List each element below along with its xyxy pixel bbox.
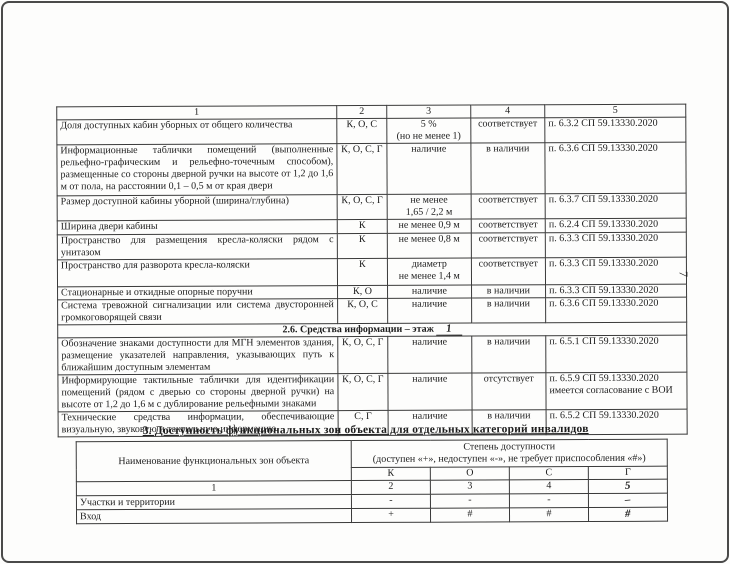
degree-cell: - (509, 494, 588, 508)
basis-cell: п. 6.3.3 СП 59.13330.2020 (545, 232, 686, 258)
category-cell: К (337, 258, 387, 285)
category-header: Г (588, 466, 667, 479)
category-cell: К, О, С (337, 298, 387, 323)
requirement-name: Информационные таблички помещений (выпол… (57, 144, 337, 196)
fact-cell: соответствует (471, 233, 546, 258)
basis-cell: п. 6.3.6 СП 59.13330.2020 (545, 142, 686, 194)
norm-cell: наличие (388, 298, 472, 323)
col-number: 1 (76, 481, 351, 496)
col-number: 5 (588, 479, 667, 493)
fact-cell: в наличии (471, 336, 546, 373)
norm-cell: не менее 0,8 м (387, 233, 471, 258)
col-number: 4 (470, 105, 545, 118)
table-row: Размер доступной кабины уборной (ширина/… (57, 193, 686, 221)
zones-column-header: Наименование функциональных зон объекта (76, 441, 351, 482)
floor-number-blank: 1 (436, 324, 462, 336)
header-row: Наименование функциональных зон объекта … (76, 439, 667, 469)
table-row: Обозначение знаками доступности для МГН … (58, 335, 687, 375)
category-header: С (509, 467, 588, 480)
degree-header-line2: (доступен «+», недоступен «-», не требуе… (354, 453, 665, 466)
zone-name: Вход (76, 509, 351, 524)
category-cell: К, О, С, Г (338, 373, 388, 410)
category-cell: К, О (337, 285, 387, 298)
basis-cell: п. 6.3.6 СП 59.13330.2020 (546, 297, 687, 323)
col-number: 5 (545, 104, 686, 118)
fact-cell: соответствует (470, 118, 545, 143)
col-number: 4 (509, 480, 588, 494)
degree-cell: # (509, 508, 588, 522)
accessibility-requirements-table: 1 2 3 4 5 Доля доступных кабин уборных о… (56, 104, 687, 438)
norm-cell: наличие (388, 285, 472, 298)
requirement-name: Обозначение знаками доступности для МГН … (58, 337, 338, 375)
handwritten-number: 5 (625, 480, 631, 492)
category-cell: К, О, С, Г (338, 336, 388, 373)
norm-cell: наличие (388, 373, 472, 410)
functional-zones-table: Наименование функциональных зон объекта … (76, 439, 668, 525)
fact-cell: в наличии (471, 298, 546, 323)
degree-cell: – (588, 493, 667, 507)
basis-cell: п. 6.3.7 СП 59.13330.2020 (545, 193, 686, 219)
category-cell: К, О, С, Г (337, 194, 387, 219)
fact-cell: в наличии (470, 143, 545, 194)
norm-cell: диаметр не менее 1,4 м (387, 258, 471, 285)
fact-cell: в наличии (471, 285, 546, 298)
col-number: 1 (57, 106, 337, 120)
degree-cell: - (430, 494, 509, 508)
requirement-name: Информирующие тактильные таблички для ид… (58, 374, 338, 412)
requirement-name: Размер доступной кабины уборной (ширина/… (57, 195, 337, 221)
basis-cell: п. 6.3.3 СП 59.13330.2020 (546, 284, 687, 298)
basis-cell: п. 6.5.9 СП 59.13330.2020 имеется соглас… (546, 372, 687, 410)
degree-cell: # (430, 508, 509, 522)
handwritten-mark: – (625, 494, 631, 506)
table-row: Пространство для разворота кресла-коляск… (57, 257, 686, 287)
fact-cell: соответствует (471, 194, 546, 219)
requirement-name: Пространство для разворота кресла-коляск… (57, 259, 337, 287)
basis-cell: п. 6.2.4 СП 59.13330.2020 (545, 218, 686, 233)
page-number: 7 (675, 271, 690, 277)
table-row: Информирующие тактильные таблички для ид… (58, 372, 687, 412)
degree-cell: + (351, 508, 430, 522)
table-row: Информационные таблички помещений (выпол… (57, 142, 686, 196)
requirement-name: Ширина двери кабины (57, 220, 337, 235)
zone-name: Участки и территории (76, 495, 351, 510)
accessibility-degree-header: Степень доступности (доступен «+», недос… (351, 439, 667, 467)
category-header: К (351, 467, 430, 480)
table-row: Пространство для размещения кресла-коляс… (57, 232, 686, 260)
fact-cell: отсутствует (471, 373, 546, 410)
category-cell: К (337, 219, 387, 233)
fact-cell: соответствует (471, 258, 546, 285)
handwritten-mark: # (625, 508, 631, 520)
section-3-heading: 3. Доступность функциональных зон объект… (41, 423, 691, 438)
col-number: 2 (351, 480, 430, 494)
norm-cell: не менее 0,9 м (387, 219, 471, 233)
zone-row: Вход + # # # (76, 507, 667, 524)
scan-content: 1 2 3 4 5 Доля доступных кабин уборных о… (0, 0, 730, 564)
norm-cell: не менее 1,65 / 2,2 м (387, 194, 471, 219)
requirement-name: Доля доступных кабин уборных от общего к… (57, 119, 337, 145)
norm-cell: 5 % (но не менее 1) (387, 118, 471, 143)
col-number: 3 (387, 105, 471, 118)
fact-cell: соответствует (471, 219, 546, 233)
basis-cell: п. 6.3.3 СП 59.13330.2020 (545, 257, 686, 285)
category-header: О (430, 467, 509, 480)
degree-cell: # (588, 507, 667, 521)
category-cell: К (337, 233, 387, 258)
norm-cell: наличие (388, 336, 472, 373)
table-row: Доля доступных кабин уборных от общего к… (57, 117, 686, 145)
category-cell: К, О, С, Г (337, 143, 388, 194)
norm-cell: наличие (387, 143, 471, 194)
requirement-name: Пространство для размещения кресла-коляс… (57, 234, 337, 260)
basis-cell: п. 6.3.2 СП 59.13330.2020 (545, 117, 686, 143)
requirement-name: Система тревожной сигнализации или систе… (58, 299, 338, 325)
degree-cell: - (351, 494, 430, 508)
category-cell: К, О, С (337, 118, 387, 143)
floor-number: 1 (446, 323, 452, 333)
scanned-document-page: 1 2 3 4 5 Доля доступных кабин уборных о… (0, 0, 730, 564)
col-number: 2 (336, 105, 386, 118)
basis-cell: п. 6.5.1 СП 59.13330.2020 (546, 335, 687, 373)
section-title-text: 2.6. Средства информации – этаж (282, 324, 433, 336)
col-number: 3 (430, 480, 509, 494)
requirement-name: Стационарные и откидные опорные поручни (58, 286, 338, 300)
table-row: Система тревожной сигнализации или систе… (58, 297, 687, 325)
